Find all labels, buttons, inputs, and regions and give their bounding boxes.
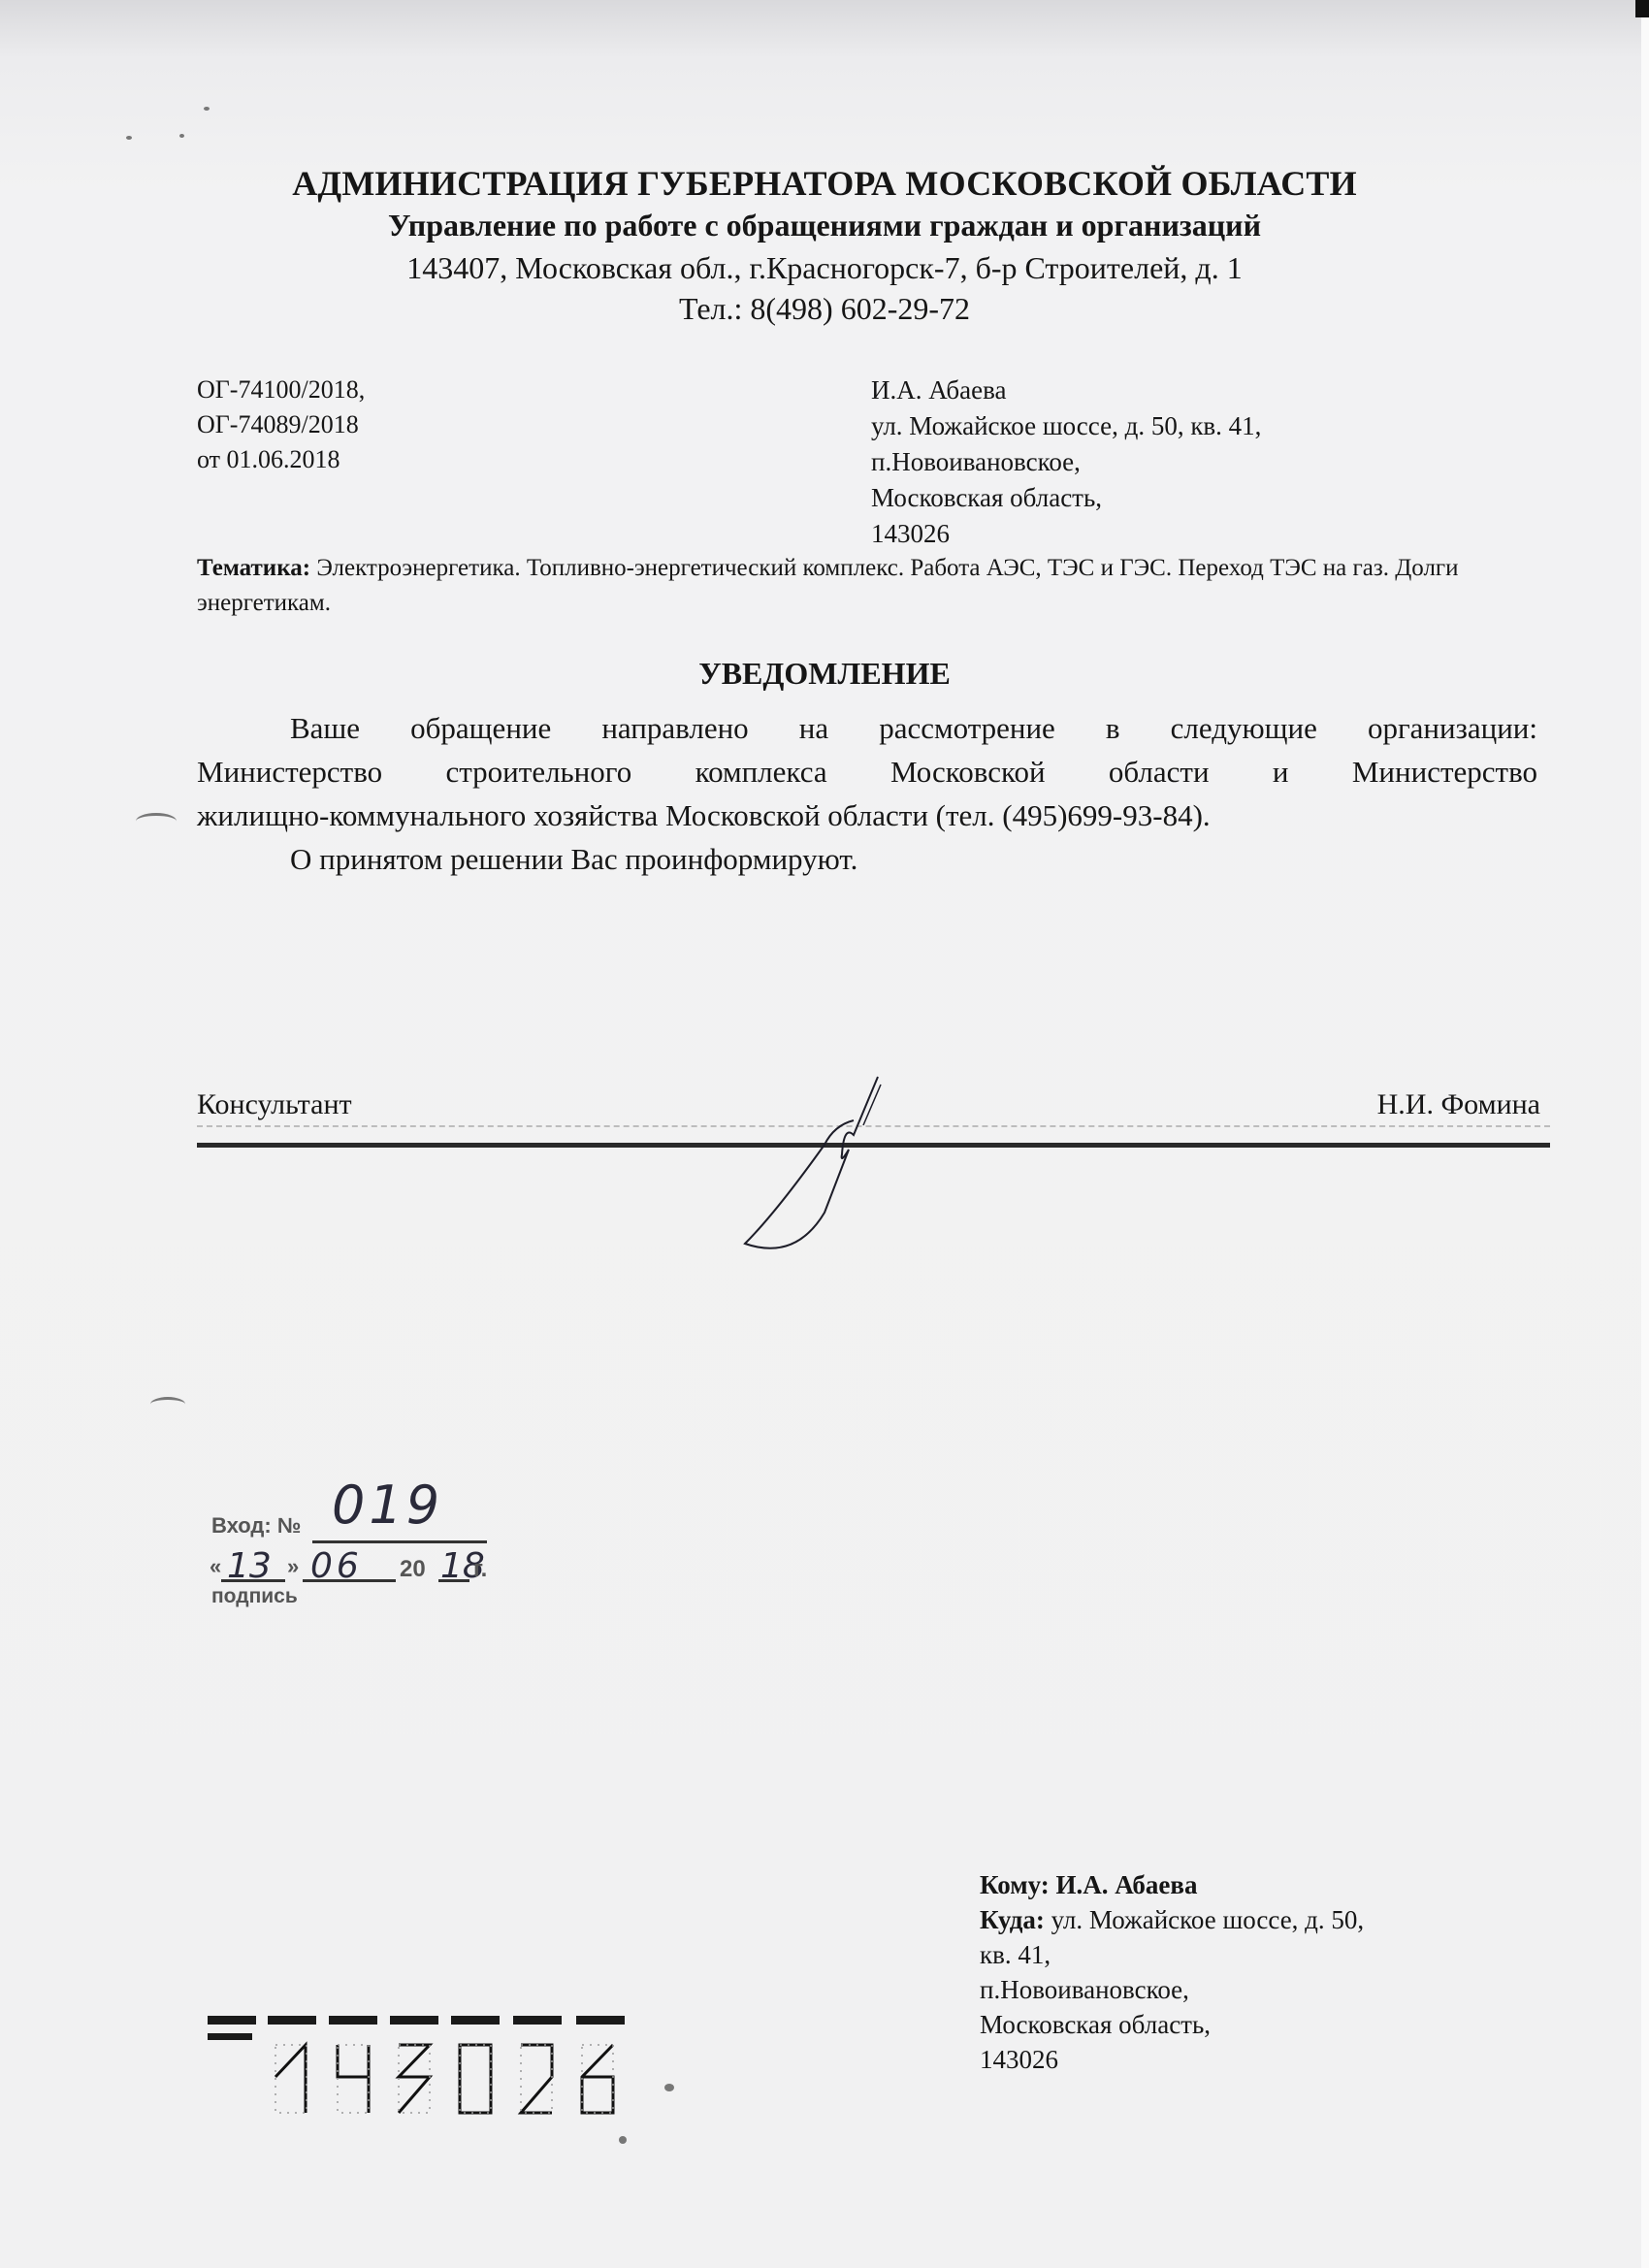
envelope-addressee: Кому: И.А. Абаева Куда: ул. Можайское шо… bbox=[980, 1867, 1364, 2077]
topic-paragraph: Тематика: Электроэнергетика. Топливно-эн… bbox=[197, 551, 1487, 621]
signer-role: Консультант bbox=[197, 1088, 352, 1121]
notice-line: жилищно-коммунального хозяйства Московск… bbox=[197, 794, 1537, 837]
recipient-address: И.А. Абаева ул. Можайское шоссе, д. 50, … bbox=[871, 373, 1261, 552]
reference-line: ОГ-74089/2018 bbox=[197, 407, 365, 442]
scan-speck bbox=[126, 136, 132, 140]
reference-numbers: ОГ-74100/2018, ОГ-74089/2018 от 01.06.20… bbox=[197, 373, 365, 477]
topic-text: Электроэнергетика. Топливно-энергетическ… bbox=[197, 555, 1459, 616]
stamp-quote-close: » bbox=[287, 1554, 299, 1579]
organization-address: 143407, Московская обл., г.Красногорск-7… bbox=[0, 250, 1649, 286]
scan-speck bbox=[619, 2136, 627, 2144]
stamp-quote-open: « bbox=[210, 1554, 221, 1579]
scan-arc-mark bbox=[136, 813, 177, 829]
reference-line: ОГ-74100/2018, bbox=[197, 373, 365, 407]
postal-index-stencil bbox=[208, 2016, 634, 2122]
addressee-where-label: Куда: bbox=[980, 1905, 1045, 1934]
stamp-underline bbox=[438, 1579, 469, 1582]
recipient-postcode: 143026 bbox=[871, 516, 1261, 552]
stamp-underline bbox=[303, 1579, 396, 1582]
notice-closing-line: О принятом решении Вас проинформируют. bbox=[197, 837, 1537, 881]
scan-edge bbox=[1641, 17, 1649, 2268]
stamp-signature-label: подпись bbox=[211, 1585, 298, 1608]
addressee-to-label: Кому: bbox=[980, 1870, 1050, 1899]
scanned-letter-page: АДМИНИСТРАЦИЯ ГУБЕРНАТОРА МОСКОВСКОЙ ОБЛ… bbox=[0, 0, 1649, 2268]
notice-title: УВЕДОМЛЕНИЕ bbox=[0, 656, 1649, 692]
recipient-street: ул. Можайское шоссе, д. 50, кв. 41, bbox=[871, 408, 1261, 444]
scan-speck bbox=[204, 107, 210, 111]
notice-line: Министерство строительного комплекса Мос… bbox=[197, 750, 1537, 794]
recipient-region: Московская область, bbox=[871, 480, 1261, 516]
addressee-line: п.Новоивановское, bbox=[980, 1972, 1364, 2007]
postal-digits-icon bbox=[208, 2016, 634, 2122]
organization-title: АДМИНИСТРАЦИЯ ГУБЕРНАТОРА МОСКОВСКОЙ ОБЛ… bbox=[0, 163, 1649, 204]
addressee-where-value: ул. Можайское шоссе, д. 50, bbox=[1045, 1905, 1364, 1934]
incoming-label: Вход: № bbox=[211, 1513, 301, 1539]
stamp-underline bbox=[221, 1579, 285, 1582]
addressee-line: 143026 bbox=[980, 2042, 1364, 2077]
recipient-settlement: п.Новоивановское, bbox=[871, 444, 1261, 480]
handwritten-signature-icon bbox=[718, 1067, 892, 1261]
stamp-year-suffix: г. bbox=[473, 1556, 487, 1583]
scan-edge-mark bbox=[1635, 0, 1649, 17]
incoming-number-handwritten: 019 bbox=[332, 1474, 443, 1536]
signer-name: Н.И. Фомина bbox=[1377, 1088, 1540, 1121]
scan-speck bbox=[664, 2084, 674, 2091]
reference-date: от 01.06.2018 bbox=[197, 442, 365, 477]
scan-arc-mark bbox=[150, 1397, 185, 1411]
incoming-registration-stamp: 019 Вход: № « 13 » 06 20 18 г. подпись bbox=[208, 1474, 499, 1601]
addressee-where: Куда: ул. Можайское шоссе, д. 50, bbox=[980, 1902, 1364, 1937]
scan-speck bbox=[179, 134, 184, 138]
department-title: Управление по работе с обращениями гражд… bbox=[0, 208, 1649, 243]
addressee-to-value: И.А. Абаева bbox=[1050, 1870, 1198, 1899]
notice-body: Ваше обращение направлено на рассмотрени… bbox=[197, 706, 1537, 881]
notice-line: Ваше обращение направлено на рассмотрени… bbox=[197, 706, 1537, 750]
stamp-underline bbox=[312, 1540, 487, 1543]
stamp-year-prefix: 20 bbox=[400, 1556, 426, 1583]
organization-phone: Тел.: 8(498) 602-29-72 bbox=[0, 291, 1649, 327]
recipient-name: И.А. Абаева bbox=[871, 373, 1261, 408]
addressee-to: Кому: И.А. Абаева bbox=[980, 1867, 1364, 1902]
addressee-line: Московская область, bbox=[980, 2007, 1364, 2042]
topic-label: Тематика: bbox=[197, 555, 310, 581]
addressee-line: кв. 41, bbox=[980, 1937, 1364, 1972]
